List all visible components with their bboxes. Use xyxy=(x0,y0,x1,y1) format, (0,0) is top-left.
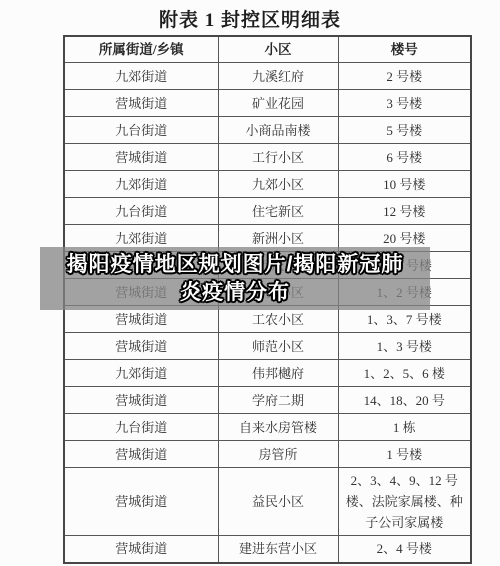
table-row: 九郊街道伟邦樾府1、2、5、6 楼 xyxy=(64,360,471,387)
watermark-line-1: 揭阳疫情地区规划图片/揭阳新冠肺 xyxy=(67,251,404,279)
street-cell: 九郊街道 xyxy=(64,63,218,90)
building-cell: 6 号楼 xyxy=(338,144,471,171)
community-cell: 房管所 xyxy=(218,441,338,468)
street-cell: 九台街道 xyxy=(64,117,218,144)
street-cell: 营城街道 xyxy=(64,536,218,563)
community-cell: 九溪红府 xyxy=(218,63,338,90)
page-title: 附表 1 封控区明细表 xyxy=(0,5,500,32)
building-cell: 14、18、20 号 xyxy=(338,387,471,414)
street-cell: 营城街道 xyxy=(64,333,218,360)
community-cell: 建进东营小区 xyxy=(218,536,338,563)
table-row: 九台街道自来水房管楼1 栋 xyxy=(64,414,471,441)
street-cell: 九台街道 xyxy=(64,414,218,441)
watermark-line-2: 炎疫情分布 xyxy=(180,279,290,307)
community-cell: 伟邦樾府 xyxy=(218,360,338,387)
table-row: 营城街道房管所1 号楼 xyxy=(64,441,471,468)
header-street: 所属街道/乡镇 xyxy=(64,36,218,63)
street-cell: 营城街道 xyxy=(64,387,218,414)
street-cell: 九郊街道 xyxy=(64,171,218,198)
community-cell: 九郊小区 xyxy=(218,171,338,198)
watermark-overlay: 揭阳疫情地区规划图片/揭阳新冠肺 炎疫情分布 xyxy=(40,247,430,310)
building-cell: 1 栋 xyxy=(338,414,471,441)
building-cell: 1、3 号楼 xyxy=(338,333,471,360)
street-cell: 九台街道 xyxy=(64,198,218,225)
header-row: 所属街道/乡镇 小区 楼号 xyxy=(64,36,471,63)
table-row: 营城街道工行小区6 号楼 xyxy=(64,144,471,171)
header-community: 小区 xyxy=(218,36,338,63)
street-cell: 营城街道 xyxy=(64,144,218,171)
street-cell: 九郊街道 xyxy=(64,360,218,387)
street-cell: 营城街道 xyxy=(64,441,218,468)
building-cell: 2、3、4、9、12 号楼、法院家属楼、种子公司家属楼 xyxy=(338,468,471,536)
header-building: 楼号 xyxy=(338,36,471,63)
table-row: 九郊街道九郊小区10 号楼 xyxy=(64,171,471,198)
street-cell: 营城街道 xyxy=(64,468,218,536)
table-header: 所属街道/乡镇 小区 楼号 xyxy=(64,36,471,63)
table-row: 九台街道住宅新区12 号楼 xyxy=(64,198,471,225)
community-cell: 矿业花园 xyxy=(218,90,338,117)
building-cell: 1 号楼 xyxy=(338,441,471,468)
community-cell: 自来水房管楼 xyxy=(218,414,338,441)
community-cell: 学府二期 xyxy=(218,387,338,414)
community-cell: 小商品南楼 xyxy=(218,117,338,144)
building-cell: 3 号楼 xyxy=(338,90,471,117)
table-row: 营城街道学府二期14、18、20 号 xyxy=(64,387,471,414)
building-cell: 5 号楼 xyxy=(338,117,471,144)
building-cell: 10 号楼 xyxy=(338,171,471,198)
community-cell: 益民小区 xyxy=(218,468,338,536)
table-row: 营城街道益民小区2、3、4、9、12 号楼、法院家属楼、种子公司家属楼 xyxy=(64,468,471,536)
community-cell: 师范小区 xyxy=(218,333,338,360)
street-cell: 营城街道 xyxy=(64,90,218,117)
building-cell: 12 号楼 xyxy=(338,198,471,225)
table-row: 营城街道矿业花园3 号楼 xyxy=(64,90,471,117)
table-body: 九郊街道九溪红府2 号楼营城街道矿业花园3 号楼九台街道小商品南楼5 号楼营城街… xyxy=(64,63,471,563)
building-cell: 2 号楼 xyxy=(338,63,471,90)
community-cell: 工行小区 xyxy=(218,144,338,171)
building-cell: 2、4 号楼 xyxy=(338,536,471,563)
table-row: 营城街道师范小区1、3 号楼 xyxy=(64,333,471,360)
table-row: 营城街道建进东营小区2、4 号楼 xyxy=(64,536,471,563)
table-row: 九郊街道九溪红府2 号楼 xyxy=(64,63,471,90)
building-cell: 1、2、5、6 楼 xyxy=(338,360,471,387)
table-row: 九台街道小商品南楼5 号楼 xyxy=(64,117,471,144)
community-cell: 住宅新区 xyxy=(218,198,338,225)
